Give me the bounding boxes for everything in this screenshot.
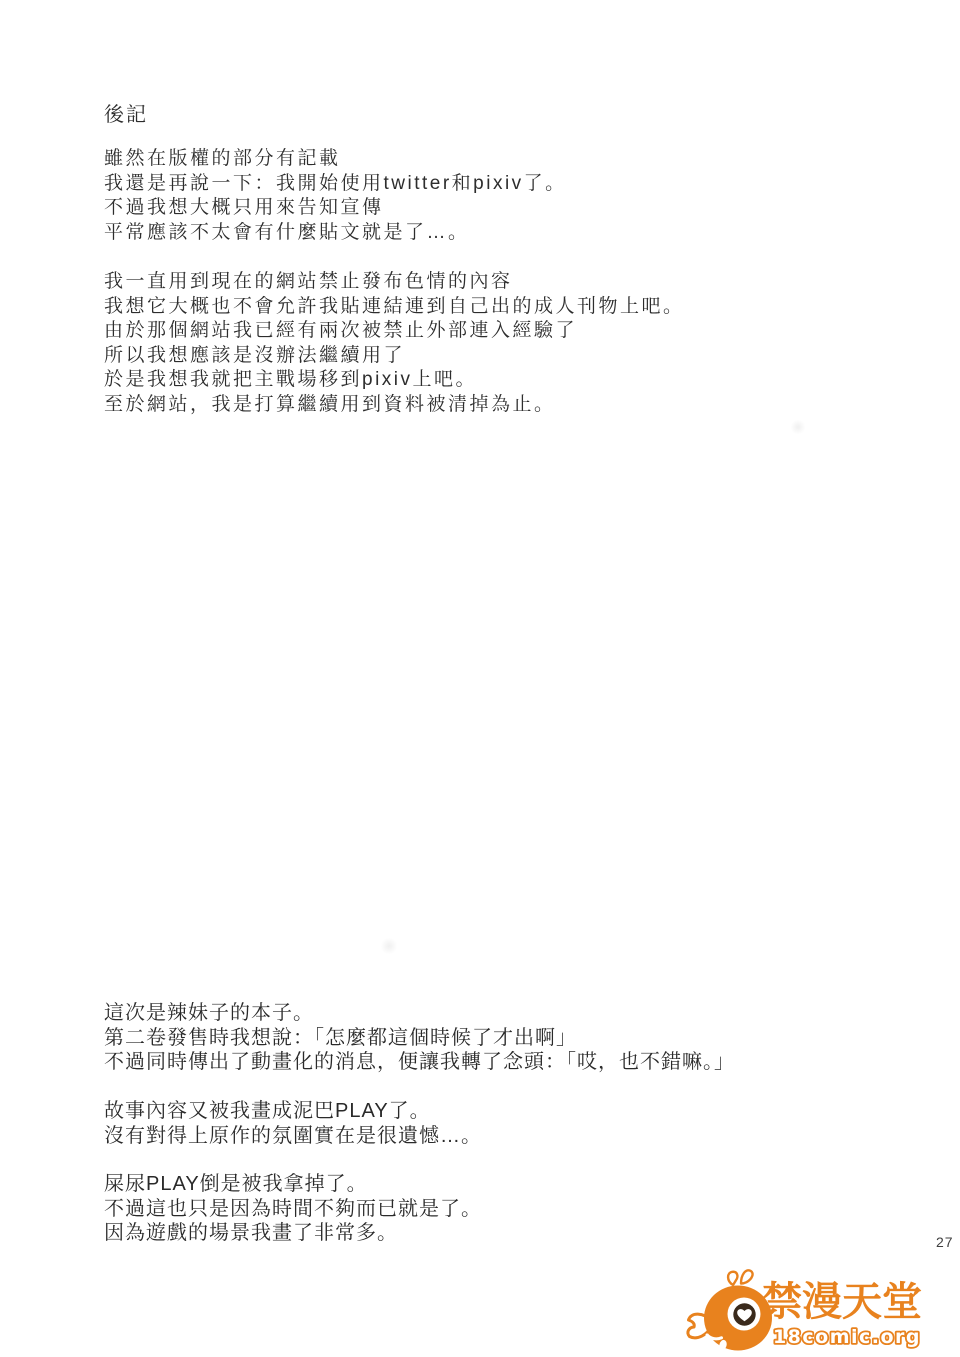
text-line: 屎尿PLAY倒是被我拿掉了。 [104,1172,482,1197]
text-line: 我想它大概也不會允許我貼連結連到自己出的成人刊物上吧。 [104,295,685,320]
text-line: 我還是再說一下：我開始使用twitter和pixiv了。 [104,172,567,197]
watermark-site-url: 18comic.org [773,1326,921,1348]
text-line: 不過我想大概只用來告知宣傳 [104,196,567,221]
watermark-site-url-badge: 18comic.org [765,1322,930,1350]
text-line: 第二卷發售時我想說：「怎麼都這個時候了才出啊」 [104,1026,735,1051]
page-number: 27 [936,1234,954,1250]
text-line: 雖然在版權的部分有記載 [104,147,567,172]
afterword-paragraph: 屎尿PLAY倒是被我拿掉了。不過這也只是因為時間不夠而已就是了。因為遊戲的場景我… [104,1172,482,1246]
text-line: 不過這也只是因為時間不夠而已就是了。 [104,1197,482,1222]
text-line: 平常應該不太會有什麼貼文就是了…。 [104,221,567,246]
text-line: 因為遊戲的場景我畫了非常多。 [104,1221,482,1246]
text-line: 故事內容又被我畫成泥巴PLAY了。 [104,1099,482,1124]
scan-smudge [790,420,806,434]
scan-smudge [380,938,398,954]
text-line: 至於網站，我是打算繼續用到資料被清掉為止。 [104,393,685,418]
afterword-paragraph: 雖然在版權的部分有記載我還是再說一下：我開始使用twitter和pixiv了。不… [104,147,567,245]
text-line: 這次是辣妹子的本子。 [104,1001,735,1026]
site-watermark: 禁漫天堂 18comic.org [683,1256,960,1357]
text-line: 於是我想我就把主戰場移到pixiv上吧。 [104,368,685,393]
afterword-paragraph: 我一直用到現在的網站禁止發布色情的內容我想它大概也不會允許我貼連結連到自己出的成… [104,270,685,418]
text-line: 由於那個網站我已經有兩次被禁止外部連入經驗了 [104,319,685,344]
text-line: 沒有對得上原作的氛圍實在是很遺憾…。 [104,1124,482,1149]
text-line: 所以我想應該是沒辦法繼續用了 [104,344,685,369]
afterword-paragraph: 這次是辣妹子的本子。第二卷發售時我想說：「怎麼都這個時候了才出啊」不過同時傳出了… [104,1001,735,1075]
text-line: 我一直用到現在的網站禁止發布色情的內容 [104,270,685,295]
watermark-site-name: 禁漫天堂 [762,1281,922,1323]
manga-afterword-page: 後記 雖然在版權的部分有記載我還是再說一下：我開始使用twitter和pixiv… [0,0,960,1357]
text-line: 不過同時傳出了動畫化的消息，便讓我轉了念頭：「哎，也不錯嘛。」 [104,1050,735,1075]
page-title: 後記 [104,98,148,127]
afterword-paragraph: 故事內容又被我畫成泥巴PLAY了。沒有對得上原作的氛圍實在是很遺憾…。 [104,1099,482,1148]
